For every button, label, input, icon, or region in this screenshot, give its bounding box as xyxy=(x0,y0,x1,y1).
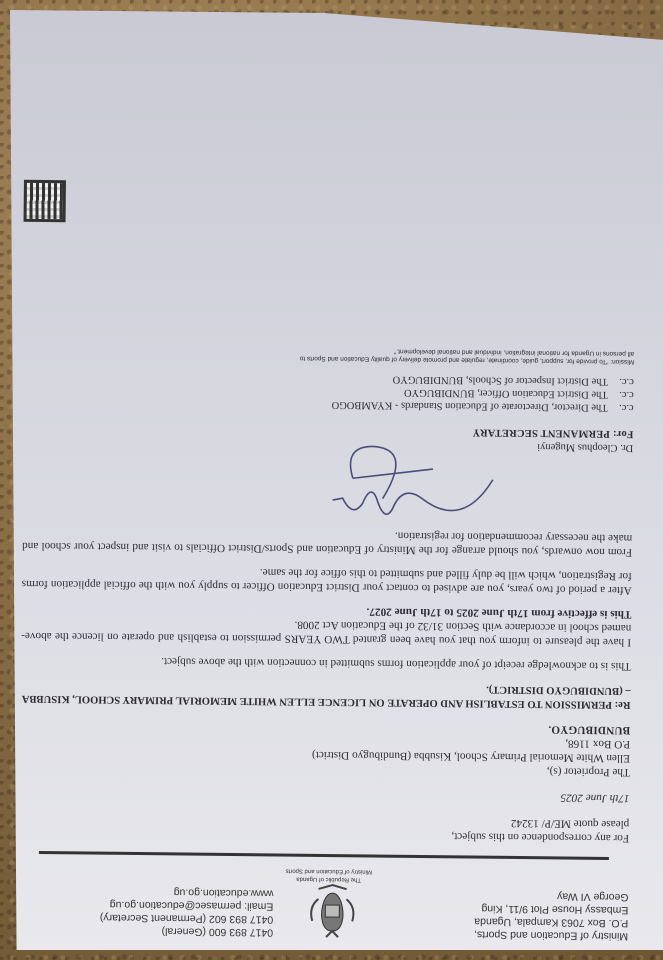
ministry-contacts: 0417 893 600 (General) 0417 893 602 (Per… xyxy=(100,885,274,939)
letterhead: Ministry of Education and Sports, P.O. B… xyxy=(18,854,629,948)
uganda-coat-of-arms-icon xyxy=(304,879,361,942)
body-paragraph: After a period of two years, you are adv… xyxy=(22,563,632,597)
subject-line: Re: PERMISSION TO ESTABLISH AND OPERATE … xyxy=(20,677,630,711)
crest-caption: The Republic of Uganda Ministry of Educa… xyxy=(279,867,379,884)
letter-date: 17th June 2025 xyxy=(19,785,629,805)
mission-statement: Mission: "To provide for, support, guide… xyxy=(294,346,634,366)
reference-note: For any correspondence on this subject, … xyxy=(429,815,629,845)
recipient-address: The Proprietor (s), Ellen White Memorial… xyxy=(20,717,631,779)
signature-icon xyxy=(262,437,503,540)
signature-area xyxy=(22,440,633,531)
qr-code-icon xyxy=(24,180,66,222)
letter: Ministry of Education and Sports, P.O. B… xyxy=(18,172,636,948)
ministry-address: Ministry of Education and Sports, P.O. B… xyxy=(474,889,629,943)
cc-list: c.c.The Director, Directorate of Educati… xyxy=(24,369,634,414)
body-paragraph: This is to acknowledge receipt of your a… xyxy=(21,653,631,673)
